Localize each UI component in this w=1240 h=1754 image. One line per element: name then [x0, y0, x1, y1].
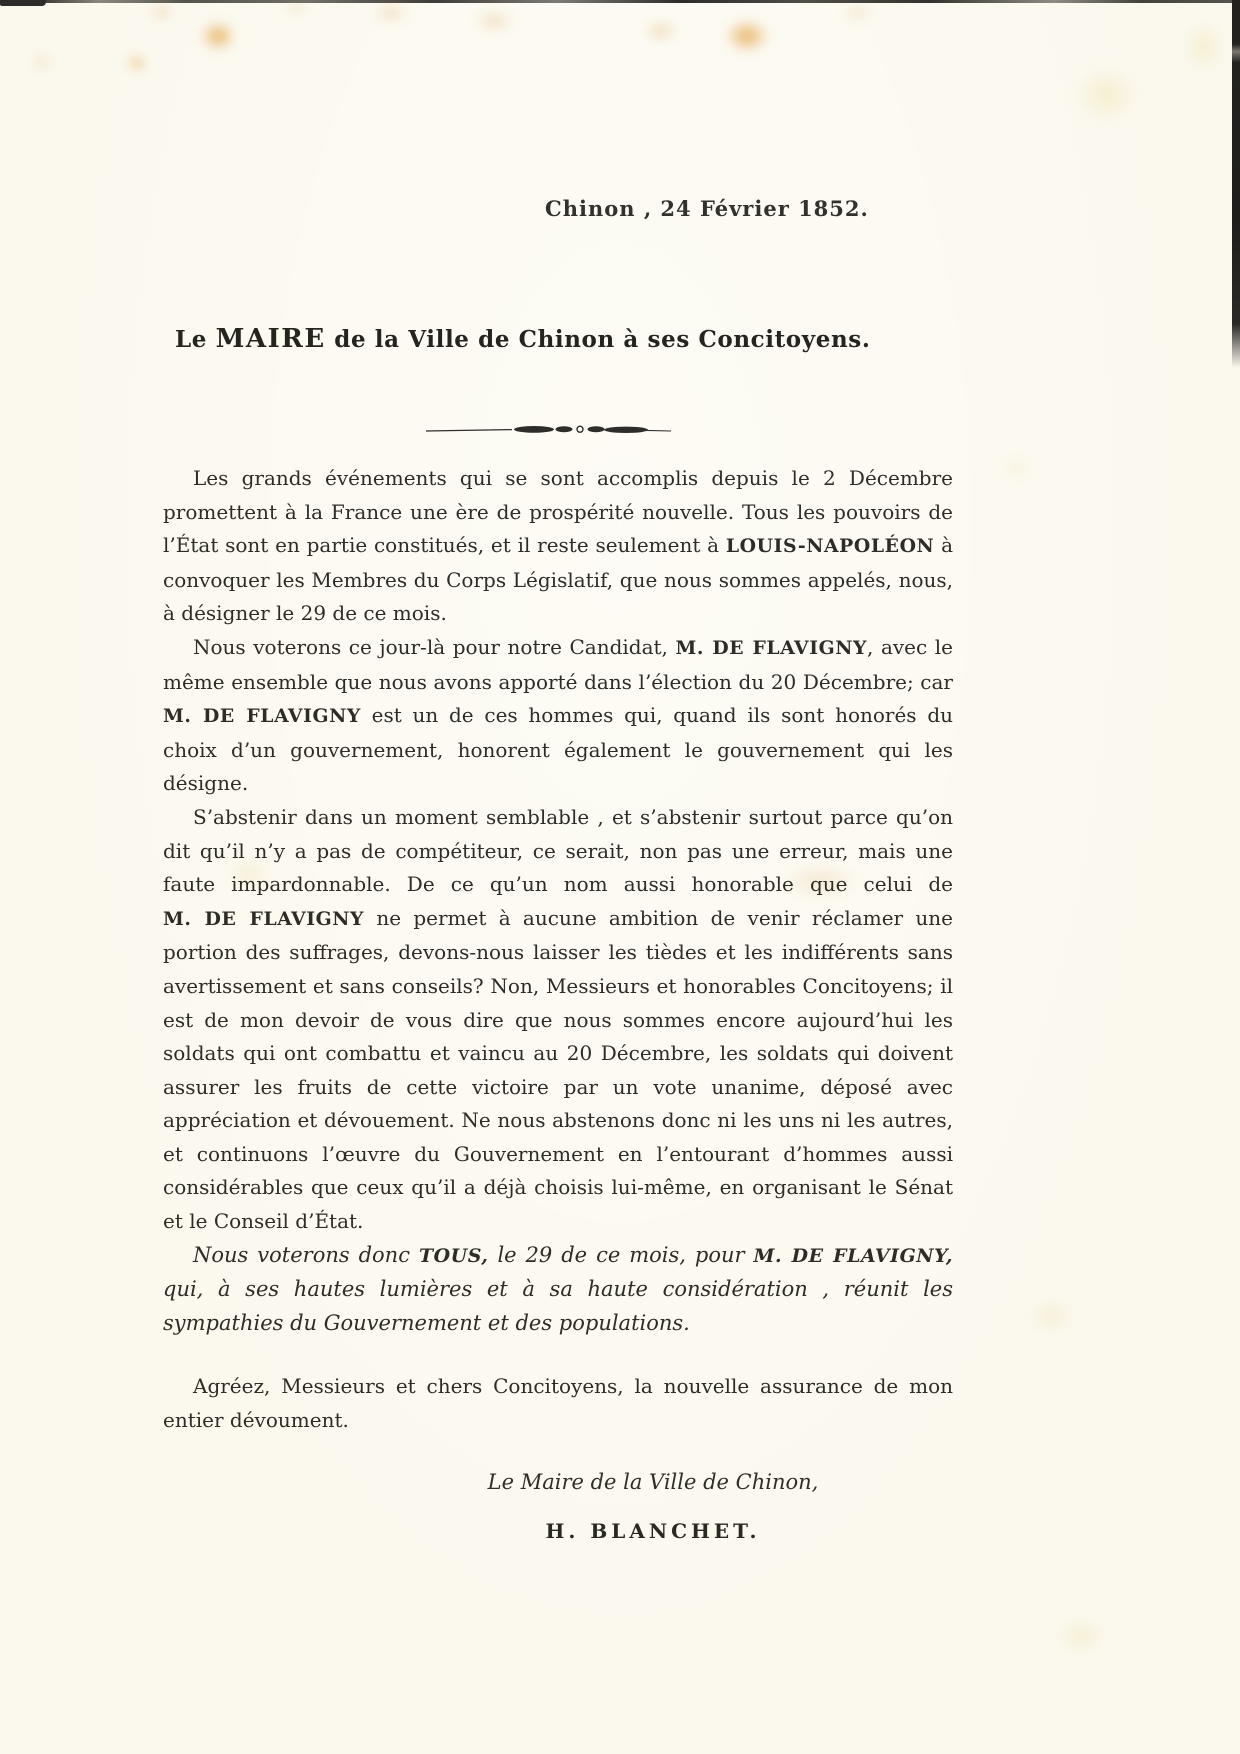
text-segment-caps: M. DE FLAVIGNY — [675, 637, 867, 659]
text-segment: qui, à ses hautes lumières et à sa haute… — [163, 1277, 953, 1335]
body-paragraph-2: Nous voterons ce jour-là pour notre Cand… — [163, 631, 953, 801]
text-segment-caps: M. DE FLAVIGNY — [163, 908, 364, 930]
signature-name: H. BLANCHET. — [353, 1515, 953, 1549]
title-segment: de la Ville de Chinon à ses Concitoyens. — [326, 326, 871, 353]
text-segment-caps: LOUIS-NAPOLÉON — [726, 535, 934, 557]
foxing-stain — [146, 0, 178, 24]
signature-role: Le Maire de la Ville de Chinon, — [353, 1466, 953, 1500]
foxing-stain — [26, 50, 58, 74]
body-paragraph-3: S’abstenir dans un moment semblable , et… — [163, 801, 953, 1239]
text-segment: le 29 de ce mois, pour — [488, 1243, 753, 1267]
foxing-stain — [638, 16, 684, 46]
text-segment: Nous voterons ce jour-là pour notre Cand… — [193, 635, 675, 659]
scan-right-edge-strip — [1232, 0, 1240, 368]
foxing-stain — [1178, 14, 1230, 80]
text-segment-caps: M. DE FLAVIGNY, — [754, 1245, 954, 1267]
foxing-stain — [195, 16, 241, 56]
foxing-stain — [468, 6, 520, 36]
body-paragraph-1: Les grands événements qui se sont accomp… — [163, 462, 953, 631]
foxing-stain — [368, 0, 414, 26]
divider-ornament-graphic — [424, 422, 672, 438]
text-segment: ne permet à aucune ambition de venir réc… — [163, 906, 953, 1233]
scan-top-left-mark — [0, 0, 46, 6]
text-segment-caps: TOUS, — [419, 1245, 489, 1267]
foxing-stain — [1064, 58, 1148, 132]
foxing-stain — [836, 2, 878, 24]
text-segment-caps: M. DE FLAVIGNY — [163, 705, 361, 727]
body-paragraph-4-italic: Nous voterons donc TOUS, le 29 de ce moi… — [163, 1239, 953, 1341]
scanned-page: Chinon , 24 Février 1852. Le MAIRE de la… — [0, 0, 1240, 1754]
title-segment-emphasis: MAIRE — [216, 324, 326, 354]
document-body: Les grands événements qui se sont accomp… — [163, 462, 953, 1549]
body-paragraph-5-closing: Agréez, Messieurs et chers Concitoyens, … — [163, 1370, 953, 1437]
title-segment: Le — [175, 326, 216, 353]
date-line: Chinon , 24 Février 1852. — [545, 196, 869, 221]
foxing-stain — [996, 452, 1038, 484]
document-title: Le MAIRE de la Ville de Chinon à ses Con… — [175, 324, 870, 354]
text-segment: Nous voterons donc — [193, 1243, 419, 1267]
scan-top-edge-line — [0, 0, 1240, 3]
signature-block: Le Maire de la Ville de Chinon, H. BLANC… — [163, 1466, 953, 1549]
foxing-stain — [1050, 1612, 1112, 1660]
foxing-stain — [718, 14, 776, 58]
foxing-stain — [1022, 1292, 1080, 1340]
text-segment: S’abstenir dans un moment semblable , et… — [163, 805, 953, 896]
foxing-stain — [122, 50, 152, 76]
ornamental-divider — [424, 422, 672, 442]
